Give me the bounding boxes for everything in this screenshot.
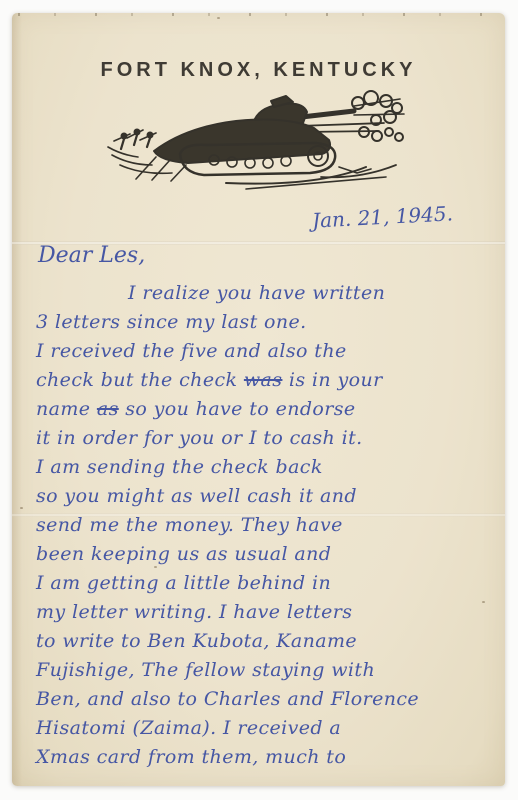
paper-torn-top-edge — [18, 13, 499, 16]
line-text: to write to Ben Kubota, Kaname — [36, 630, 357, 652]
paper-speck — [20, 507, 23, 509]
scanned-letter-page: { "document": { "type": "handwritten let… — [0, 0, 518, 800]
letter-line: it in order for you or I to cash it. — [36, 424, 489, 453]
line-text: Ben, and also to Charles and Florence — [36, 688, 419, 710]
letter-line: I realize you have written — [36, 279, 489, 308]
line-text: Xmas card from them, much to — [36, 746, 346, 768]
letter-line: to write to Ben Kubota, Kaname — [36, 627, 489, 656]
letter-line: I am getting a little behind in — [36, 569, 489, 598]
line-text: my letter writing. I have letters — [36, 601, 352, 623]
line-text-struck: was — [244, 369, 283, 391]
letter-line: I received the five and also the — [36, 337, 489, 366]
paper-edge-shadow — [12, 13, 22, 786]
letter-line: so you might as well cash it and — [36, 482, 489, 511]
letter-line: Ben, and also to Charles and Florence — [36, 685, 489, 714]
letter-line: Xmas card from them, much to — [36, 743, 489, 772]
line-text: name — [36, 398, 97, 420]
letter-line: I am sending the check back — [36, 453, 489, 482]
line-text: been keeping us as usual and — [36, 543, 331, 565]
letter-line: 3 letters since my last one. — [36, 308, 489, 337]
line-text: check but the check — [36, 369, 244, 391]
letter-date: Jan. 21, 1945. — [311, 201, 453, 232]
letter-line: Fujishige, The fellow staying with — [36, 656, 489, 685]
letter-paper: FORT KNOX, KENTUCKY — [12, 13, 505, 786]
line-text-struck: as — [97, 398, 119, 420]
letter-line: Hisatomi (Zaima). I received a — [36, 714, 489, 743]
line-text: I received the five and also the — [36, 340, 347, 362]
letter-body: I realize you have written 3 letters sin… — [36, 279, 489, 772]
line-text: I am getting a little behind in — [36, 572, 331, 594]
line-text: so you might as well cash it and — [36, 485, 357, 507]
letterhead-title: FORT KNOX, KENTUCKY — [12, 59, 505, 82]
line-text: Fujishige, The fellow staying with — [36, 659, 375, 681]
paper-speck — [217, 17, 220, 19]
letter-line: my letter writing. I have letters — [36, 598, 489, 627]
line-text: it in order for you or I to cash it. — [36, 427, 363, 449]
line-text: I realize you have written — [128, 282, 385, 304]
line-text: so you have to endorse — [119, 398, 356, 420]
line-text: Hisatomi (Zaima). I received a — [36, 717, 341, 739]
line-text: I am sending the check back — [36, 456, 323, 478]
letter-line: check but the check was is in your — [36, 366, 489, 395]
letter-line: name as so you have to endorse — [36, 395, 489, 424]
line-text: 3 letters since my last one. — [36, 311, 307, 333]
line-text: send me the money. They have — [36, 514, 343, 536]
letter-salutation: Dear Les, — [38, 243, 145, 268]
tank-firing-icon — [96, 87, 418, 199]
letter-line: send me the money. They have — [36, 511, 489, 540]
letter-line: been keeping us as usual and — [36, 540, 489, 569]
line-text: is in your — [282, 369, 382, 391]
